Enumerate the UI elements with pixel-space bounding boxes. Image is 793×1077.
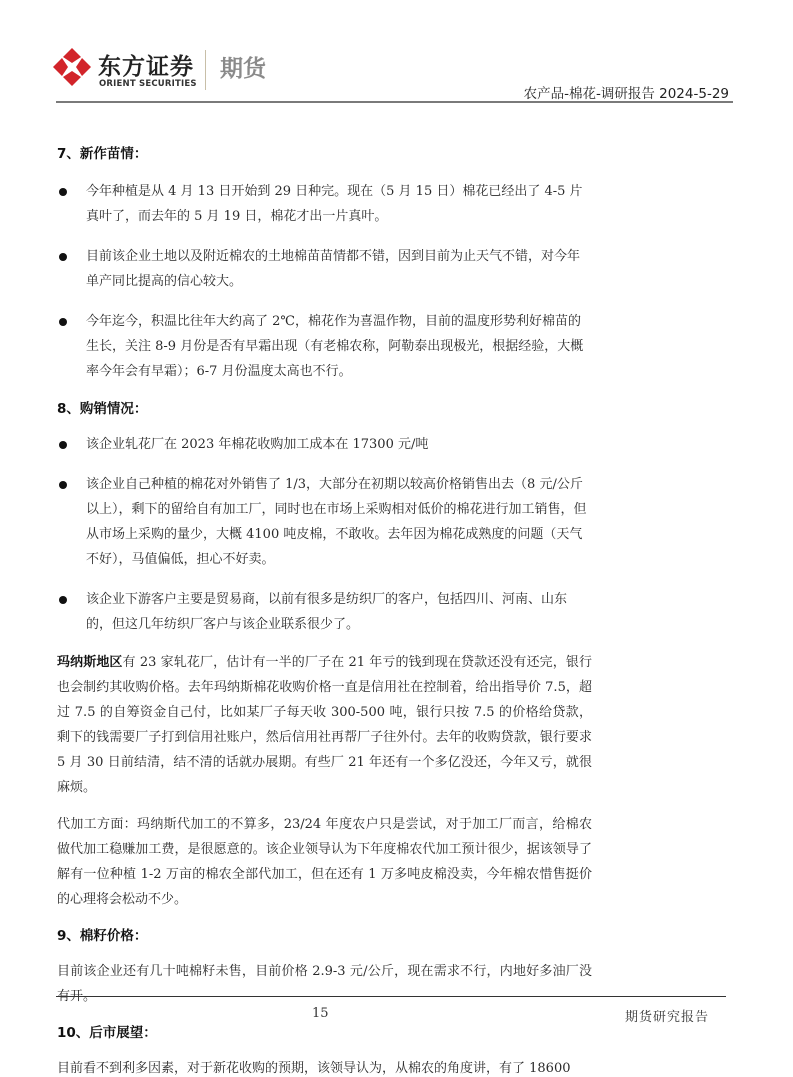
paragraph-manas-region: 玛纳斯地区有 23 家轧花厂，估计有一半的厂子在 21 年亏的钱到现在贷款还没有… [57, 650, 592, 800]
list-item: 该企业轧花厂在 2023 年棉花收购加工成本在 17300 元/吨 [57, 432, 592, 457]
logo-divider [205, 50, 206, 90]
page-number: 15 [312, 1006, 329, 1021]
section-title-cottonseed-price: 9、棉籽价格： [57, 924, 592, 949]
bullet-icon [59, 318, 67, 326]
brand-name-cn: 东方证券 [98, 48, 194, 81]
list-item: 目前该企业土地以及附近棉农的土地棉苗苗情都不错，因到目前为止天气不错，对今年单产… [57, 244, 592, 294]
bullet-icon [59, 253, 67, 261]
bullet-icon [59, 596, 67, 604]
brand-name-en: ORIENT SECURITIES [99, 79, 197, 89]
section-title-seedlings: 7、新作苗情： [57, 142, 592, 167]
bullet-icon [59, 441, 67, 449]
orient-securities-logo-icon [52, 47, 92, 87]
list-item: 该企业下游客户主要是贸易商，以前有很多是纺织厂的客户，包括四川、河南、山东的，但… [57, 587, 592, 637]
division-label: 期货 [220, 50, 266, 83]
bullet-icon [59, 481, 67, 489]
paragraph-contract-processing: 代加工方面：玛纳斯代加工的不算多，23/24 年度农户只是尝试，对于加工厂而言，… [57, 812, 592, 912]
page-header: 东方证券 ORIENT SECURITIES 期货 农产品-棉花-调研报告 20… [0, 0, 793, 110]
header-rule [56, 101, 733, 103]
report-body: 7、新作苗情： 今年种植是从 4 月 13 日开始到 29 日种完。现在（5 月… [57, 142, 592, 1077]
bullet-icon [59, 188, 67, 196]
section-title-outlook: 10、后市展望： [57, 1021, 592, 1046]
footer-label: 期货研究报告 [625, 1006, 709, 1025]
region-highlight: 玛纳斯地区 [57, 655, 123, 670]
paragraph-outlook: 目前看不到利多因素，对于新花收购的预期，该领导认为，从棉农的角度讲，有了 186… [57, 1056, 592, 1077]
paragraph-cottonseed: 目前该企业还有几十吨棉籽未售，目前价格 2.9-3 元/公斤，现在需求不行，内地… [57, 959, 592, 1009]
list-item: 该企业自己种植的棉花对外销售了 1/3，大部分在初期以较高价格销售出去（8 元/… [57, 472, 592, 572]
list-item: 今年种植是从 4 月 13 日开始到 29 日种完。现在（5 月 15 日）棉花… [57, 179, 592, 229]
list-item: 今年迄今，积温比往年大约高了 2℃，棉花作为喜温作物，目前的温度形势利好棉苗的生… [57, 309, 592, 384]
footer-rule [56, 996, 726, 997]
section-title-sales: 8、购销情况： [57, 397, 592, 422]
report-tag: 农产品-棉花-调研报告 2024-5-29 [524, 82, 729, 102]
